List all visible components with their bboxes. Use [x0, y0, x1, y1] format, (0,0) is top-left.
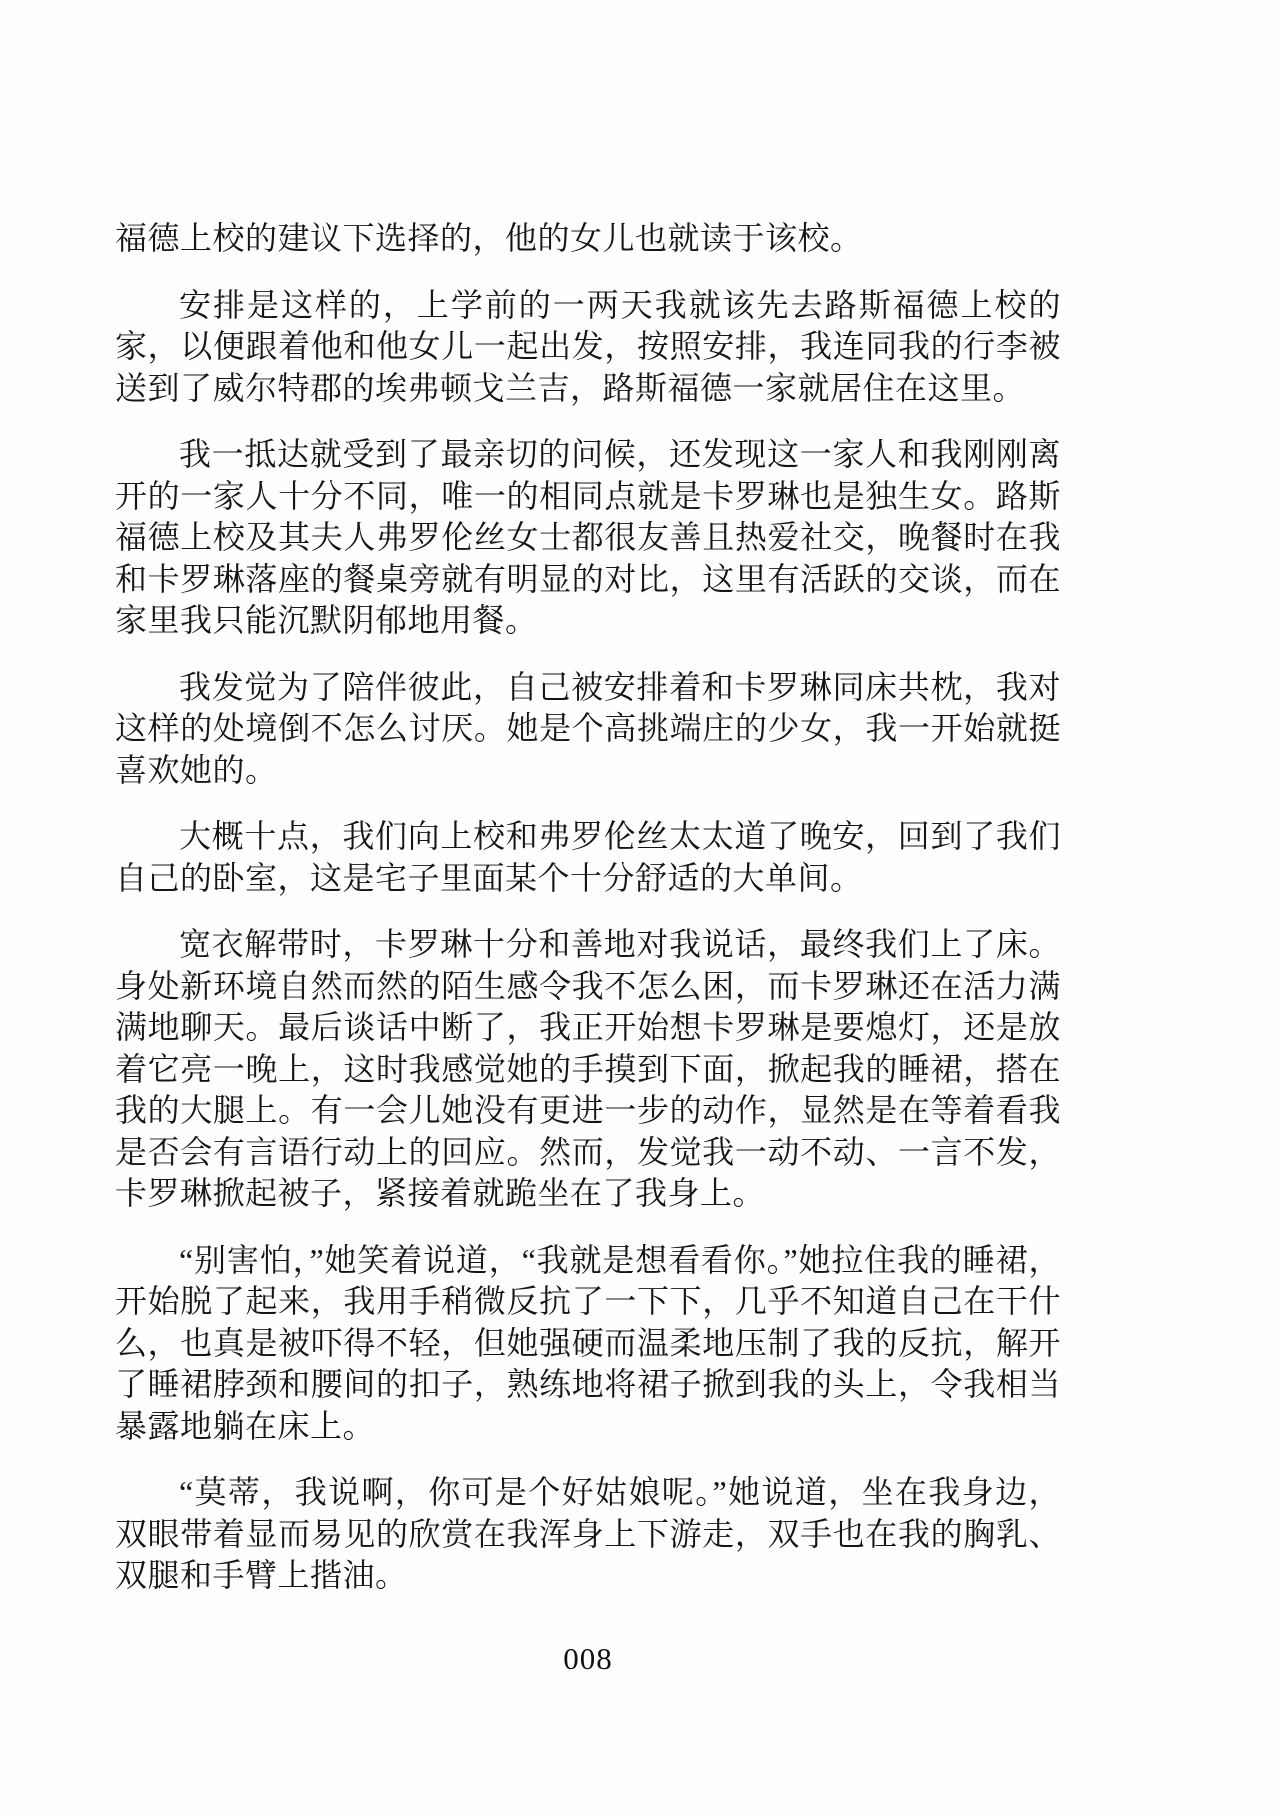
paragraph: 宽衣解带时，卡罗琳十分和善地对我说话，最终我们上了床。身处新环境自然而然的陌生感…	[115, 924, 1061, 1215]
paragraph: 我发觉为了陪伴彼此，自己被安排着和卡罗琳同床共枕，我对这样的处境倒不怎么讨厌。她…	[115, 667, 1061, 792]
page: 福德上校的建议下选择的，他的女儿也就读于该校。 安排是这样的，上学前的一两天我就…	[0, 0, 1280, 1816]
paragraph: 安排是这样的，上学前的一两天我就该先去路斯福德上校的家，以便跟着他和他女儿一起出…	[115, 285, 1061, 410]
paragraph: 福德上校的建议下选择的，他的女儿也就读于该校。	[115, 218, 1061, 260]
text-block: 福德上校的建议下选择的，他的女儿也就读于该校。 安排是这样的，上学前的一两天我就…	[115, 218, 1061, 1622]
paragraph: 大概十点，我们向上校和弗罗伦丝太太道了晚安，回到了我们自己的卧室，这是宅子里面某…	[115, 816, 1061, 899]
paragraph: 我一抵达就受到了最亲切的问候，还发现这一家人和我刚刚离开的一家人十分不同，唯一的…	[115, 434, 1061, 642]
paragraph: “别害怕，”她笑着说道，“我就是想看看你。”她拉住我的睡裙，开始脱了起来，我用手…	[115, 1240, 1061, 1448]
paragraph: “莫蒂，我说啊，你可是个好姑娘呢。”她说道，坐在我身边，双眼带着显而易见的欣赏在…	[115, 1472, 1061, 1597]
page-number: 008	[115, 1641, 1061, 1677]
